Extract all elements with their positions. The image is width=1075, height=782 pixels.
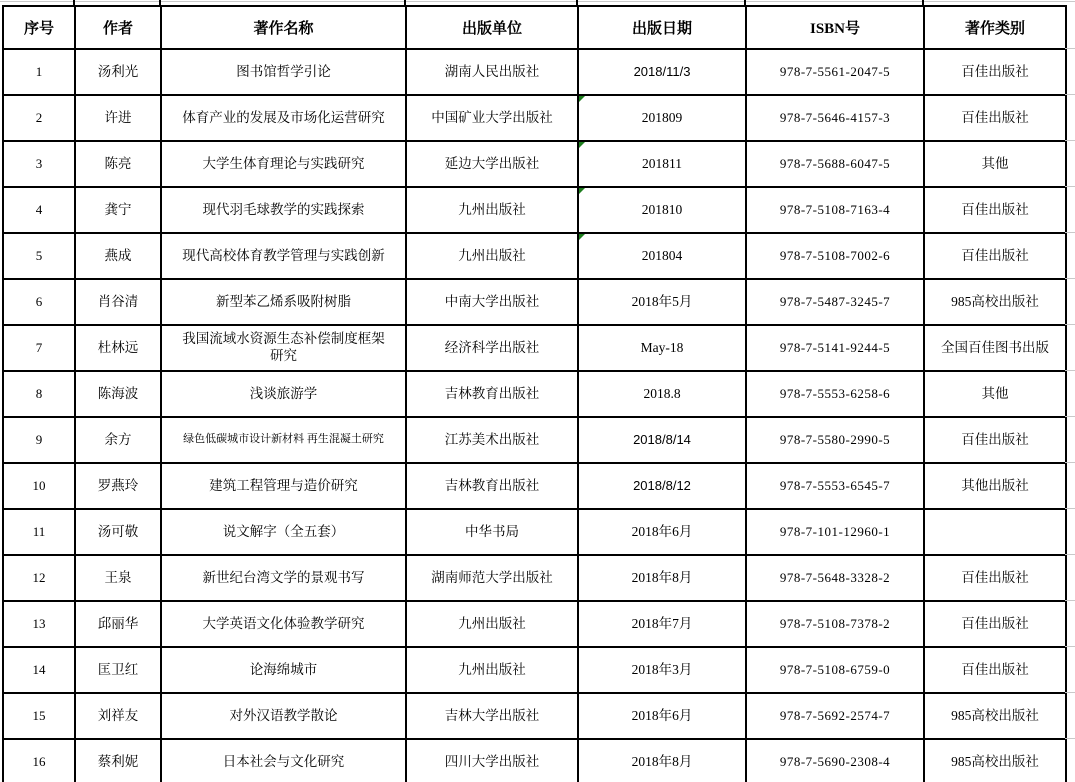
cell-category[interactable]: 百佳出版社 [924,187,1066,233]
cell-category[interactable]: 985高校出版社 [924,693,1066,739]
cell-index[interactable]: 16 [3,739,75,782]
cell-publisher[interactable]: 吉林大学出版社 [406,693,578,739]
cell-isbn[interactable]: 978-7-5580-2990-5 [746,417,924,463]
table-row: 12 王泉 新世纪台湾文学的景观书写 湖南师范大学出版社 2018年8月 978… [3,555,1066,601]
cell-date[interactable]: 2018年8月 [578,555,746,601]
cell-date[interactable]: 201804 [578,233,746,279]
cell-category[interactable] [924,509,1066,555]
cell-publisher[interactable]: 九州出版社 [406,187,578,233]
cell-publisher[interactable]: 九州出版社 [406,233,578,279]
table-row: 13 邱丽华 大学英语文化体验教学研究 九州出版社 2018年7月 978-7-… [3,601,1066,647]
cell-title[interactable]: 新世纪台湾文学的景观书写 [161,555,406,601]
sheet-gridline [1065,508,1075,509]
header-cell-date[interactable]: 出版日期 [578,6,746,49]
cell-index[interactable]: 2 [3,95,75,141]
cell-publisher[interactable]: 经济科学出版社 [406,325,578,371]
cell-title[interactable]: 图书馆哲学引论 [161,49,406,95]
header-cell-index[interactable]: 序号 [3,6,75,49]
cell-publisher[interactable]: 中华书局 [406,509,578,555]
cell-date[interactable]: 2018年6月 [578,509,746,555]
cell-index[interactable]: 15 [3,693,75,739]
cell-title[interactable]: 绿色低碳城市设计新材料 再生混凝土研究 [161,417,406,463]
sheet-gridline [1065,370,1075,371]
cell-date[interactable]: 2018/8/14 [578,417,746,463]
table-row: 7 杜林远 我国流域水资源生态补偿制度框架研究 经济科学出版社 May-18 9… [3,325,1066,371]
number-stored-as-text-marker-icon [579,96,585,102]
cell-publisher[interactable]: 九州出版社 [406,601,578,647]
table-row: 3 陈亮 大学生体育理论与实践研究 延边大学出版社 201811 978-7-5… [3,141,1066,187]
cell-isbn[interactable]: 978-7-5648-3328-2 [746,555,924,601]
cell-category[interactable]: 百佳出版社 [924,601,1066,647]
sheet-gridline [1065,278,1075,279]
cell-title[interactable]: 日本社会与文化研究 [161,739,406,782]
cell-category[interactable]: 百佳出版社 [924,417,1066,463]
cell-isbn[interactable]: 978-7-101-12960-1 [746,509,924,555]
sheet-gridline [1065,186,1075,187]
cell-publisher[interactable]: 江苏美术出版社 [406,417,578,463]
cell-author[interactable]: 汤可敬 [75,509,161,555]
number-stored-as-text-marker-icon [579,188,585,194]
cell-index[interactable]: 5 [3,233,75,279]
cell-index[interactable]: 9 [3,417,75,463]
column-border-stub [73,0,75,6]
cell-category[interactable]: 其他 [924,371,1066,417]
cell-publisher[interactable]: 吉林教育出版社 [406,371,578,417]
cell-author[interactable]: 蔡利妮 [75,739,161,782]
cell-author[interactable]: 许进 [75,95,161,141]
cell-author[interactable]: 燕成 [75,233,161,279]
cell-title[interactable]: 新型苯乙烯系吸附树脂 [161,279,406,325]
sheet-gridline [0,1,1075,2]
cell-title[interactable]: 论海绵城市 [161,647,406,693]
cell-date[interactable]: 2018.8 [578,371,746,417]
table-row: 1 汤利光 图书馆哲学引论 湖南人民出版社 2018/11/3 978-7-55… [3,49,1066,95]
sheet-gridline [1065,140,1075,141]
cell-index[interactable]: 1 [3,49,75,95]
cell-isbn[interactable]: 978-7-5108-7002-6 [746,233,924,279]
cell-author[interactable]: 肖谷清 [75,279,161,325]
table-row: 14 匡卫红 论海绵城市 九州出版社 2018年3月 978-7-5108-67… [3,647,1066,693]
cell-author[interactable]: 汤利光 [75,49,161,95]
number-stored-as-text-marker-icon [579,142,585,148]
table-row: 6 肖谷清 新型苯乙烯系吸附树脂 中南大学出版社 2018年5月 978-7-5… [3,279,1066,325]
cell-author[interactable]: 罗燕玲 [75,463,161,509]
column-border-stub [159,0,161,6]
cell-title[interactable]: 大学英语文化体验教学研究 [161,601,406,647]
publications-table: 序号 作者 著作名称 出版单位 出版日期 ISBN号 著作类别 1 汤利光 图书… [2,5,1067,782]
column-border-stub [922,0,924,6]
cell-date[interactable]: 201809 [578,95,746,141]
cell-publisher[interactable]: 湖南师范大学出版社 [406,555,578,601]
sheet-gridline [1065,462,1075,463]
header-cell-publisher[interactable]: 出版单位 [406,6,578,49]
cell-date[interactable]: 2018/8/12 [578,463,746,509]
sheet-gridline [1065,646,1075,647]
table-row: 8 陈海波 浅谈旅游学 吉林教育出版社 2018.8 978-7-5553-62… [3,371,1066,417]
column-border-stub [404,0,406,6]
header-cell-author[interactable]: 作者 [75,6,161,49]
number-stored-as-text-marker-icon [579,234,585,240]
sheet-gridline [1065,692,1075,693]
cell-author[interactable]: 杜林远 [75,325,161,371]
cell-publisher[interactable]: 四川大学出版社 [406,739,578,782]
sheet-gridline [1065,416,1075,417]
cell-title[interactable]: 我国流域水资源生态补偿制度框架研究 [161,325,406,371]
cell-index[interactable]: 7 [3,325,75,371]
cell-publisher[interactable]: 中国矿业大学出版社 [406,95,578,141]
cell-date[interactable]: 2018年7月 [578,601,746,647]
column-border-stub [576,0,578,6]
cell-isbn[interactable]: 978-7-5553-6258-6 [746,371,924,417]
spreadsheet-viewport: 序号 作者 著作名称 出版单位 出版日期 ISBN号 著作类别 1 汤利光 图书… [0,0,1075,782]
cell-title[interactable]: 建筑工程管理与造价研究 [161,463,406,509]
table-row: 11 汤可敬 说文解字（全五套） 中华书局 2018年6月 978-7-101-… [3,509,1066,555]
cell-isbn[interactable]: 978-7-5108-7163-4 [746,187,924,233]
cell-category[interactable]: 985高校出版社 [924,739,1066,782]
cell-category[interactable]: 百佳出版社 [924,233,1066,279]
table-row: 2 许进 体育产业的发展及市场化运营研究 中国矿业大学出版社 201809 97… [3,95,1066,141]
cell-author[interactable]: 刘祥友 [75,693,161,739]
cell-publisher[interactable]: 中南大学出版社 [406,279,578,325]
cell-date[interactable]: 2018年5月 [578,279,746,325]
table-row: 9 余方 绿色低碳城市设计新材料 再生混凝土研究 江苏美术出版社 2018/8/… [3,417,1066,463]
table-header-row: 序号 作者 著作名称 出版单位 出版日期 ISBN号 著作类别 [3,6,1066,49]
cell-date[interactable]: 2018/11/3 [578,49,746,95]
cell-category[interactable]: 985高校出版社 [924,279,1066,325]
cell-isbn[interactable]: 978-7-5108-7378-2 [746,601,924,647]
cell-isbn[interactable]: 978-7-5692-2574-7 [746,693,924,739]
cell-date[interactable]: 201810 [578,187,746,233]
cell-author[interactable]: 余方 [75,417,161,463]
cell-title[interactable]: 浅谈旅游学 [161,371,406,417]
sheet-gridline [1065,48,1075,49]
cell-author[interactable]: 龚宁 [75,187,161,233]
cell-isbn[interactable]: 978-7-5688-6047-5 [746,141,924,187]
cell-category[interactable]: 全国百佳图书出版 [924,325,1066,371]
cell-index[interactable]: 3 [3,141,75,187]
cell-author[interactable]: 陈海波 [75,371,161,417]
cell-isbn[interactable]: 978-7-5561-2047-5 [746,49,924,95]
cell-category[interactable]: 百佳出版社 [924,49,1066,95]
cell-category[interactable]: 其他 [924,141,1066,187]
cell-category[interactable]: 百佳出版社 [924,95,1066,141]
cell-index[interactable]: 8 [3,371,75,417]
cell-title[interactable]: 说文解字（全五套） [161,509,406,555]
cell-index[interactable]: 13 [3,601,75,647]
cell-category[interactable]: 百佳出版社 [924,555,1066,601]
cell-publisher[interactable]: 延边大学出版社 [406,141,578,187]
sheet-gridline [1065,94,1075,95]
sheet-gridline [1065,324,1075,325]
table-row: 16 蔡利妮 日本社会与文化研究 四川大学出版社 2018年8月 978-7-5… [3,739,1066,782]
header-cell-isbn[interactable]: ISBN号 [746,6,924,49]
table-row: 10 罗燕玲 建筑工程管理与造价研究 吉林教育出版社 2018/8/12 978… [3,463,1066,509]
cell-title[interactable]: 体育产业的发展及市场化运营研究 [161,95,406,141]
sheet-gridline [1065,232,1075,233]
cell-title[interactable]: 大学生体育理论与实践研究 [161,141,406,187]
cell-title[interactable]: 对外汉语教学散论 [161,693,406,739]
cell-date[interactable]: 2018年8月 [578,739,746,782]
cell-date[interactable]: 2018年6月 [578,693,746,739]
sheet-gridline [1065,738,1075,739]
table-row: 5 燕成 现代高校体育教学管理与实践创新 九州出版社 201804 978-7-… [3,233,1066,279]
cell-isbn[interactable]: 978-7-5141-9244-5 [746,325,924,371]
cell-isbn[interactable]: 978-7-5108-6759-0 [746,647,924,693]
cell-category[interactable]: 其他出版社 [924,463,1066,509]
sheet-gridline [1065,600,1075,601]
cell-publisher[interactable]: 吉林教育出版社 [406,463,578,509]
cell-date[interactable]: 2018年3月 [578,647,746,693]
cell-publisher[interactable]: 九州出版社 [406,647,578,693]
cell-isbn[interactable]: 978-7-5553-6545-7 [746,463,924,509]
cell-author[interactable]: 陈亮 [75,141,161,187]
table-row: 15 刘祥友 对外汉语教学散论 吉林大学出版社 2018年6月 978-7-56… [3,693,1066,739]
column-border-stub [744,0,746,6]
cell-date[interactable]: May-18 [578,325,746,371]
table-row: 4 龚宁 现代羽毛球教学的实践探索 九州出版社 201810 978-7-510… [3,187,1066,233]
cell-publisher[interactable]: 湖南人民出版社 [406,49,578,95]
cell-title[interactable]: 现代羽毛球教学的实践探索 [161,187,406,233]
cell-index[interactable]: 11 [3,509,75,555]
cell-author[interactable]: 邱丽华 [75,601,161,647]
header-cell-title[interactable]: 著作名称 [161,6,406,49]
cell-index[interactable]: 4 [3,187,75,233]
cell-index[interactable]: 10 [3,463,75,509]
cell-author[interactable]: 王泉 [75,555,161,601]
cell-index[interactable]: 14 [3,647,75,693]
cell-isbn[interactable]: 978-7-5487-3245-7 [746,279,924,325]
cell-category[interactable]: 百佳出版社 [924,647,1066,693]
cell-isbn[interactable]: 978-7-5690-2308-4 [746,739,924,782]
cell-date[interactable]: 201811 [578,141,746,187]
cell-title[interactable]: 现代高校体育教学管理与实践创新 [161,233,406,279]
cell-author[interactable]: 匡卫红 [75,647,161,693]
cell-isbn[interactable]: 978-7-5646-4157-3 [746,95,924,141]
sheet-gridline [1065,554,1075,555]
header-cell-category[interactable]: 著作类别 [924,6,1066,49]
cell-index[interactable]: 6 [3,279,75,325]
cell-index[interactable]: 12 [3,555,75,601]
